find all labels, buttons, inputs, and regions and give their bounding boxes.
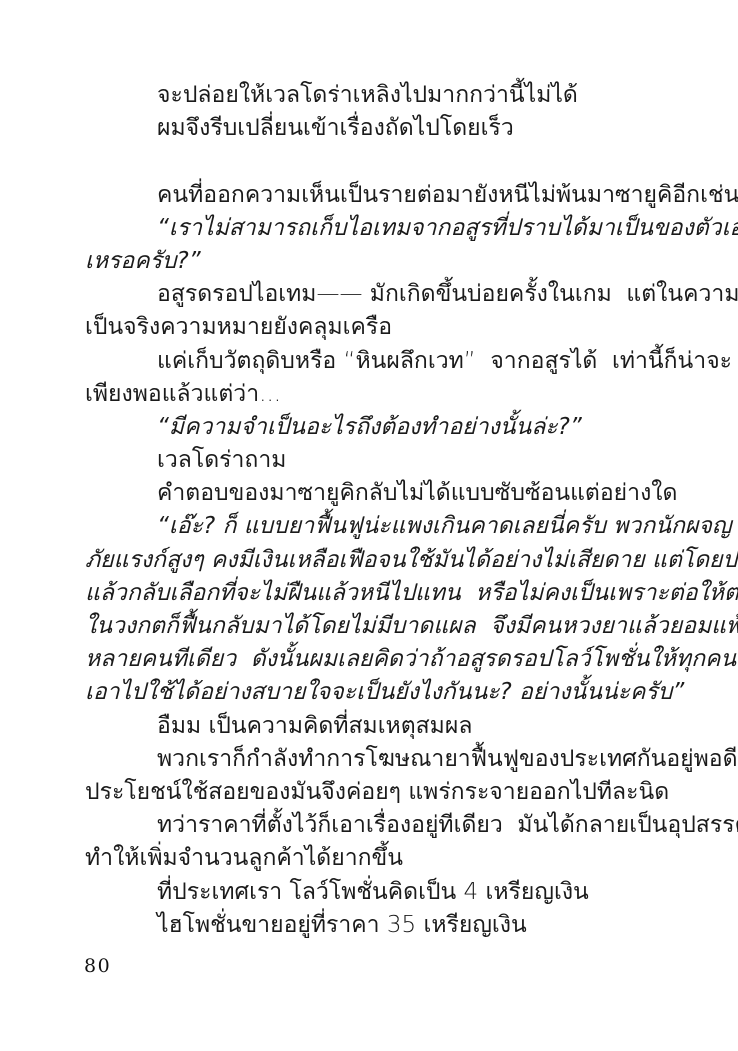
text-line: “เราไม่สามารถเก็บไอเทมจากอสูรที่ปราบได้ม… [85, 212, 660, 245]
text-line: จะปล่อยให้เวลโดร่าเหลิงไปมากกว่านี้ไม่ได… [85, 79, 660, 112]
text-line: อสูรดรอปไอเทม—— มักเกิดขึ้นบ่อยครั้งในเก… [85, 278, 660, 311]
text-line: ที่ประเทศเรา โลว์โพชั่นคิดเป็น 4 เหรียญเ… [85, 876, 660, 909]
blank-line [85, 145, 660, 178]
text-line: เป็นจริงความหมายยังคลุมเครือ [85, 311, 660, 344]
text-line: คำตอบของมาซายูคิกลับไม่ได้แบบซับซ้อนแต่อ… [85, 477, 660, 510]
book-page: จะปล่อยให้เวลโดร่าเหลิงไปมากกว่านี้ไม่ได… [0, 0, 738, 1051]
text-line: แค่เก็บวัตถุดิบหรือ “หินผลึกเวท” จากอสูร… [85, 345, 660, 378]
text-line: ในวงกตก็ฟื้นกลับมาได้โดยไม่มีบาดแผล จึงม… [85, 610, 660, 643]
text-line: คนที่ออกความเห็นเป็นรายต่อมายังหนีไม่พ้น… [85, 179, 660, 212]
text-line: ทำให้เพิ่มจำนวนลูกค้าได้ยากขึ้น [85, 842, 660, 875]
page-text: จะปล่อยให้เวลโดร่าเหลิงไปมากกว่านี้ไม่ได… [85, 79, 660, 942]
text-line: ไฮโพชั่นขายอยู่ที่ราคา 35 เหรียญเงิน [85, 909, 660, 942]
text-line: อืมม เป็นความคิดที่สมเหตุสมผล [85, 710, 660, 743]
text-line: เพียงพอแล้วแต่ว่า... [85, 378, 660, 411]
page-number: 80 [84, 955, 111, 977]
text-line: พวกเราก็กำลังทำการโฆษณายาฟื้นฟูของประเทศ… [85, 743, 660, 776]
text-line: “มีความจำเป็นอะไรถึงต้องทำอย่างนั้นล่ะ?” [85, 411, 660, 444]
text-line: ภัยแรงก์สูงๆ คงมีเงินเหลือเฟือจนใช้มันได… [85, 544, 660, 577]
text-line: หลายคนทีเดียว ดังนั้นผมเลยคิดว่าถ้าอสูรด… [85, 643, 660, 676]
text-line: เวลโดร่าถาม [85, 444, 660, 477]
text-line: ทว่าราคาที่ตั้งไว้ก็เอาเรื่องอยู่ทีเดียว… [85, 809, 660, 842]
text-line: เอาไปใช้ได้อย่างสบายใจจะเป็นยังไงกันนะ? … [85, 676, 660, 709]
text-line: ผมจึงรีบเปลี่ยนเข้าเรื่องถัดไปโดยเร็ว [85, 112, 660, 145]
text-line: ประโยชน์ใช้สอยของมันจึงค่อยๆ แพร่กระจายอ… [85, 776, 660, 809]
text-line: เหรอครับ?” [85, 245, 660, 278]
text-line: แล้วกลับเลือกที่จะไม่ฝืนแล้วหนีไปแทน หรื… [85, 577, 660, 610]
text-line: “เอ๊ะ? ก็ แบบยาฟื้นฟูน่ะแพงเกินคาดเลยนี่… [85, 510, 660, 543]
